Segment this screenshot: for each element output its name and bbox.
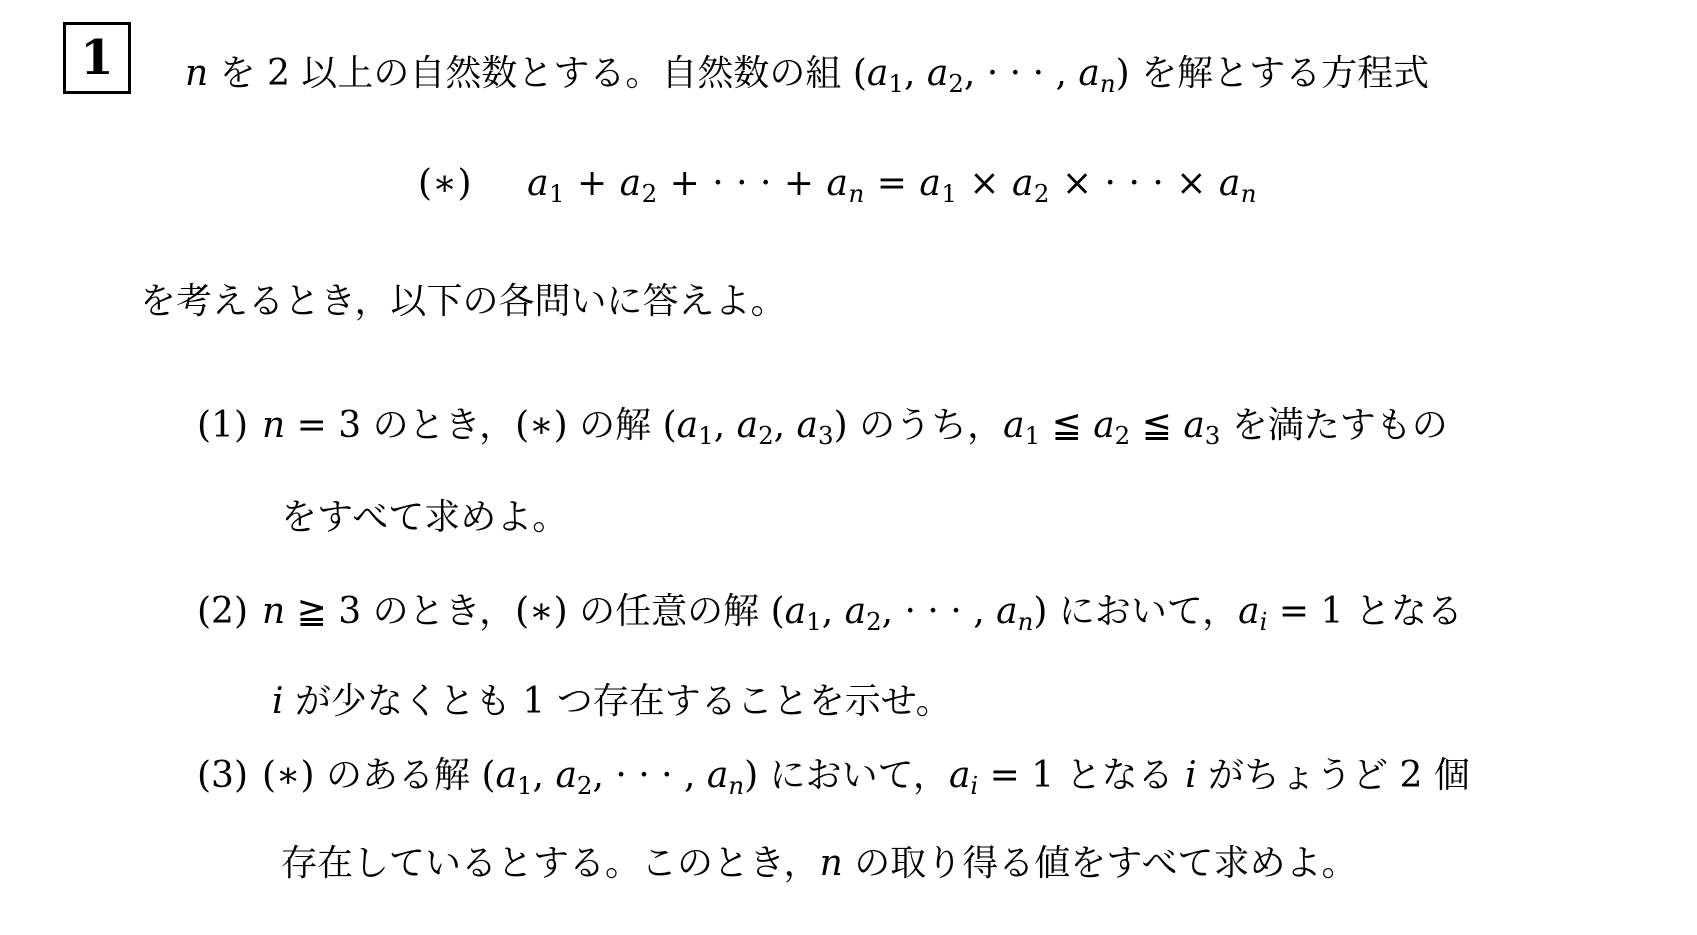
question-3-line-2: 存在しているとする。このとき，n の取り得る値をすべて求めよ。 <box>281 838 1357 890</box>
problem-number: 1 <box>80 34 113 82</box>
question-1-text: n = 3 のとき，(∗) の解 (a1, a2, a3) のうち，a1 ≦ a… <box>262 405 1448 446</box>
document-page: 1 n を 2 以上の自然数とする。自然数の組 (a1, a2, · · · ,… <box>0 0 1697 935</box>
question-1-line-1: (1)n = 3 のとき，(∗) の解 (a1, a2, a3) のうち，a1 … <box>197 400 1448 452</box>
question-2-text: n ≧ 3 のとき，(∗) の任意の解 (a1, a2, · · · , an)… <box>262 591 1463 632</box>
problem-number-box: 1 <box>63 22 131 94</box>
question-2-label: (2) <box>197 591 248 632</box>
question-1-label: (1) <box>197 405 248 446</box>
intro-line-2: を考えるとき，以下の各問いに答えよ。 <box>140 276 787 328</box>
question-1-line-2: をすべて求めよ。 <box>281 492 568 544</box>
intro-line-1: n を 2 以上の自然数とする。自然数の組 (a1, a2, · · · , a… <box>185 48 1429 100</box>
question-3-label: (3) <box>197 755 248 796</box>
question-3-text: (∗) のある解 (a1, a2, · · · , an) において，ai = … <box>262 755 1470 796</box>
equation-line: (∗) a1 + a2 + · · · + an = a1 × a2 × · ·… <box>418 158 1257 210</box>
question-2-line-1: (2)n ≧ 3 のとき，(∗) の任意の解 (a1, a2, · · · , … <box>197 586 1463 638</box>
question-2-line-2: i が少なくとも 1 つ存在することを示せ。 <box>272 676 952 728</box>
question-3-line-1: (3)(∗) のある解 (a1, a2, · · · , an) において，ai… <box>197 750 1470 802</box>
